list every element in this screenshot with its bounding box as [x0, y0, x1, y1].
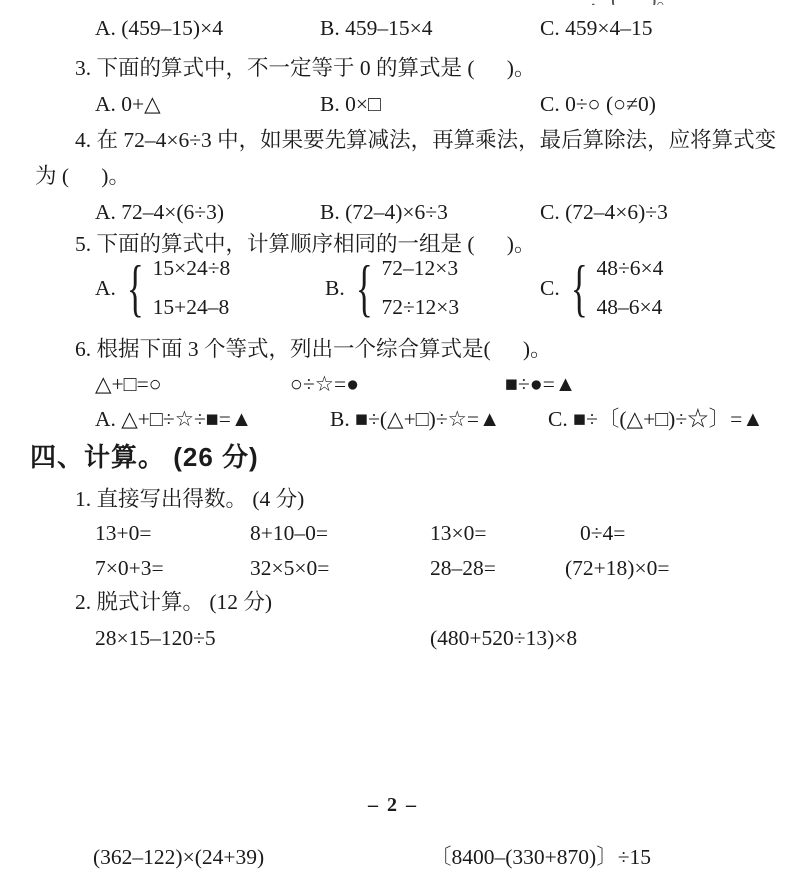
q6-option-a: A. △+□÷☆÷■=▲: [95, 407, 252, 432]
part1-title: 1. 直接写出得数。 (4 分): [75, 487, 304, 512]
q5-stem: 5. 下面的算式中，计算顺序相同的一组是 ( )。: [75, 232, 535, 257]
calc-item: (72+18)×0=: [565, 556, 669, 581]
q6-equation-1: △+□=○: [95, 372, 162, 397]
calc-item: 13+0=: [95, 521, 152, 546]
q4-stem-line2: 为 ( )。: [35, 164, 130, 189]
q6-option-c: C. ■÷〔(△+□)÷☆〕=▲: [548, 407, 764, 432]
q6-stem: 6. 根据下面 3 个等式，列出一个综合算式是( )。: [75, 337, 552, 362]
q3-option-b: B. 0×□: [320, 92, 381, 117]
q5-group-b-label: B.: [325, 276, 345, 301]
brace-icon: {: [571, 256, 588, 320]
page-number: – 2 –: [368, 794, 418, 817]
brace-icon: {: [127, 256, 144, 320]
q5-group-a-line2: 15+24–8: [153, 295, 231, 320]
q2-option-b: B. 459–15×4: [320, 16, 432, 41]
q4-option-a: A. 72–4×(6÷3): [95, 200, 224, 225]
calc-item: 28–28=: [430, 556, 496, 581]
expression: (362–122)×(24+39): [93, 845, 264, 870]
q5-group-a: A. { 15×24÷8 15+24–8: [95, 256, 230, 320]
q6-equation-3: ■÷●=▲: [505, 372, 576, 397]
q5-group-c-line1: 48÷6×4: [596, 256, 663, 281]
calc-item: 8+10–0=: [250, 521, 328, 546]
q3-stem: 3. 下面的算式中，不一定等于 0 的算式是 ( )。: [75, 56, 535, 81]
q2-option-c: C. 459×4–15: [540, 16, 652, 41]
q3-option-a: A. 0+△: [95, 92, 161, 117]
calc-item: 0÷4=: [580, 521, 625, 546]
q6-equation-2: ○÷☆=●: [290, 372, 359, 397]
part2-title: 2. 脱式计算。 (12 分): [75, 590, 272, 615]
q4-option-c: C. (72–4×6)÷3: [540, 200, 668, 225]
q5-group-b: B. { 72–12×3 72÷12×3: [325, 256, 459, 320]
q5-group-c: C. { 48÷6×4 48–6×4: [540, 256, 663, 320]
q5-group-b-line2: 72÷12×3: [381, 295, 459, 320]
q5-group-c-line2: 48–6×4: [596, 295, 663, 320]
q5-group-a-line1: 15×24÷8: [153, 256, 231, 281]
q6-option-b: B. ■÷(△+□)÷☆=▲: [330, 407, 500, 432]
q5-group-b-line1: 72–12×3: [381, 256, 459, 281]
calc-item: 7×0+3=: [95, 556, 164, 581]
q2-option-a: A. (459–15)×4: [95, 16, 223, 41]
expression: 28×15–120÷5: [95, 626, 216, 651]
clipped-previous-line-fragment: ，( )。: [590, 0, 780, 5]
q5-group-a-label: A.: [95, 276, 116, 301]
section4-heading: 四、计算。 (26 分): [30, 443, 259, 473]
q5-group-c-label: C.: [540, 276, 560, 301]
expression: 〔8400–(330+870)〕÷15: [430, 845, 651, 870]
calc-item: 13×0=: [430, 521, 487, 546]
q4-option-b: B. (72–4)×6÷3: [320, 200, 448, 225]
q3-option-c: C. 0÷○ (○≠0): [540, 92, 656, 117]
worksheet-page: ，( )。 A. (459–15)×4 B. 459–15×4 C. 459×4…: [0, 0, 790, 889]
brace-icon: {: [356, 256, 373, 320]
expression: (480+520÷13)×8: [430, 626, 577, 651]
q4-stem-line1: 4. 在 72–4×6÷3 中，如果要先算减法，再算乘法，最后算除法，应将算式变: [75, 128, 776, 153]
calc-item: 32×5×0=: [250, 556, 329, 581]
